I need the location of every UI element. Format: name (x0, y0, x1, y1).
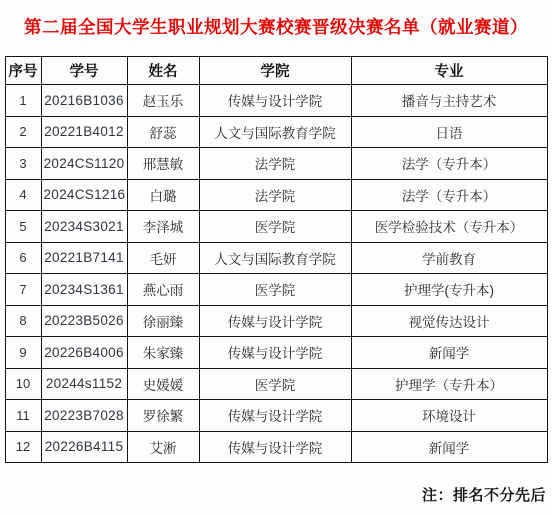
table-row: 220221B4012舒蕊人文与国际教育学院日语 (5, 116, 547, 148)
table-row: 920226B4006朱家臻传媒与设计学院新闻学 (5, 337, 547, 369)
footnote: 注：排名不分先后 (422, 484, 546, 505)
cell-name: 邢慧敏 (127, 148, 199, 180)
table-row: 120216B1036赵玉乐传媒与设计学院播音与主持艺术 (5, 85, 547, 117)
cell-student_id: 2024CS1120 (41, 148, 127, 180)
cell-name: 徐丽臻 (127, 305, 199, 337)
table-header-row: 序号 学号 姓名 学院 专业 (5, 57, 547, 85)
cell-college: 传媒与设计学院 (199, 85, 351, 117)
cell-major: 法学（专升本） (351, 179, 547, 211)
cell-college: 传媒与设计学院 (199, 305, 351, 337)
cell-name: 赵玉乐 (127, 85, 199, 117)
cell-college: 医学院 (199, 274, 351, 306)
table-row: 620221B7141毛妍人文与国际教育学院学前教育 (5, 242, 547, 274)
cell-major: 新闻学 (351, 431, 547, 463)
cell-student_id: 20223B7028 (41, 400, 127, 432)
cell-major: 学前教育 (351, 242, 547, 274)
header-name: 姓名 (127, 57, 199, 85)
cell-college: 人文与国际教育学院 (199, 242, 351, 274)
cell-name: 白璐 (127, 179, 199, 211)
cell-no: 4 (5, 179, 41, 211)
cell-name: 朱家臻 (127, 337, 199, 369)
cell-no: 1 (5, 85, 41, 117)
roster-table: 序号 学号 姓名 学院 专业 120216B1036赵玉乐传媒与设计学院播音与主… (5, 56, 548, 463)
cell-student_id: 20226B4006 (41, 337, 127, 369)
cell-major: 护理学（专升本） (351, 368, 547, 400)
cell-student_id: 20221B7141 (41, 242, 127, 274)
header-major: 专业 (351, 57, 547, 85)
cell-student_id: 20221B4012 (41, 116, 127, 148)
cell-no: 9 (5, 337, 41, 369)
cell-major: 医学检验技术（专升本） (351, 211, 547, 243)
cell-name: 李泽城 (127, 211, 199, 243)
cell-college: 医学院 (199, 211, 351, 243)
cell-student_id: 20216B1036 (41, 85, 127, 117)
cell-no: 7 (5, 274, 41, 306)
cell-college: 传媒与设计学院 (199, 431, 351, 463)
cell-major: 新闻学 (351, 337, 547, 369)
cell-no: 3 (5, 148, 41, 180)
table-row: 720234S1361燕心雨医学院护理学(专升本) (5, 274, 547, 306)
cell-name: 燕心雨 (127, 274, 199, 306)
table-row: 42024CS1216白璐法学院法学（专升本） (5, 179, 547, 211)
cell-student_id: 20234S1361 (41, 274, 127, 306)
cell-student_id: 20223B5026 (41, 305, 127, 337)
cell-college: 传媒与设计学院 (199, 337, 351, 369)
table-row: 820223B5026徐丽臻传媒与设计学院视觉传达设计 (5, 305, 547, 337)
cell-name: 史媛媛 (127, 368, 199, 400)
cell-no: 2 (5, 116, 41, 148)
cell-no: 10 (5, 368, 41, 400)
cell-student_id: 20234S3021 (41, 211, 127, 243)
cell-major: 护理学(专升本) (351, 274, 547, 306)
cell-college: 人文与国际教育学院 (199, 116, 351, 148)
header-no: 序号 (5, 57, 41, 85)
table-row: 32024CS1120邢慧敏法学院法学（专升本） (5, 148, 547, 180)
cell-college: 法学院 (199, 148, 351, 180)
cell-name: 舒蕊 (127, 116, 199, 148)
header-student-id: 学号 (41, 57, 127, 85)
cell-student_id: 2024CS1216 (41, 179, 127, 211)
cell-major: 日语 (351, 116, 547, 148)
cell-no: 6 (5, 242, 41, 274)
cell-no: 11 (5, 400, 41, 432)
cell-student_id: 20226B4115 (41, 431, 127, 463)
table-body: 120216B1036赵玉乐传媒与设计学院播音与主持艺术220221B4012舒… (5, 85, 547, 463)
page-title: 第二届全国大学生职业规划大赛校赛晋级决赛名单（就业赛道） (0, 0, 552, 39)
header-college: 学院 (199, 57, 351, 85)
cell-no: 5 (5, 211, 41, 243)
cell-no: 8 (5, 305, 41, 337)
cell-major: 环境设计 (351, 400, 547, 432)
cell-student_id: 20244s1152 (41, 368, 127, 400)
cell-name: 毛妍 (127, 242, 199, 274)
cell-college: 法学院 (199, 179, 351, 211)
cell-college: 医学院 (199, 368, 351, 400)
cell-no: 12 (5, 431, 41, 463)
cell-name: 艾淅 (127, 431, 199, 463)
cell-major: 法学（专升本） (351, 148, 547, 180)
table-row: 520234S3021李泽城医学院医学检验技术（专升本） (5, 211, 547, 243)
cell-name: 罗徐繁 (127, 400, 199, 432)
cell-college: 传媒与设计学院 (199, 400, 351, 432)
table-row: 1120223B7028罗徐繁传媒与设计学院环境设计 (5, 400, 547, 432)
cell-major: 视觉传达设计 (351, 305, 547, 337)
document-page: 第二届全国大学生职业规划大赛校赛晋级决赛名单（就业赛道） 序号 学号 姓名 学院… (0, 0, 552, 515)
cell-major: 播音与主持艺术 (351, 85, 547, 117)
table-row: 1020244s1152史媛媛医学院护理学（专升本） (5, 368, 547, 400)
table-row: 1220226B4115艾淅传媒与设计学院新闻学 (5, 431, 547, 463)
